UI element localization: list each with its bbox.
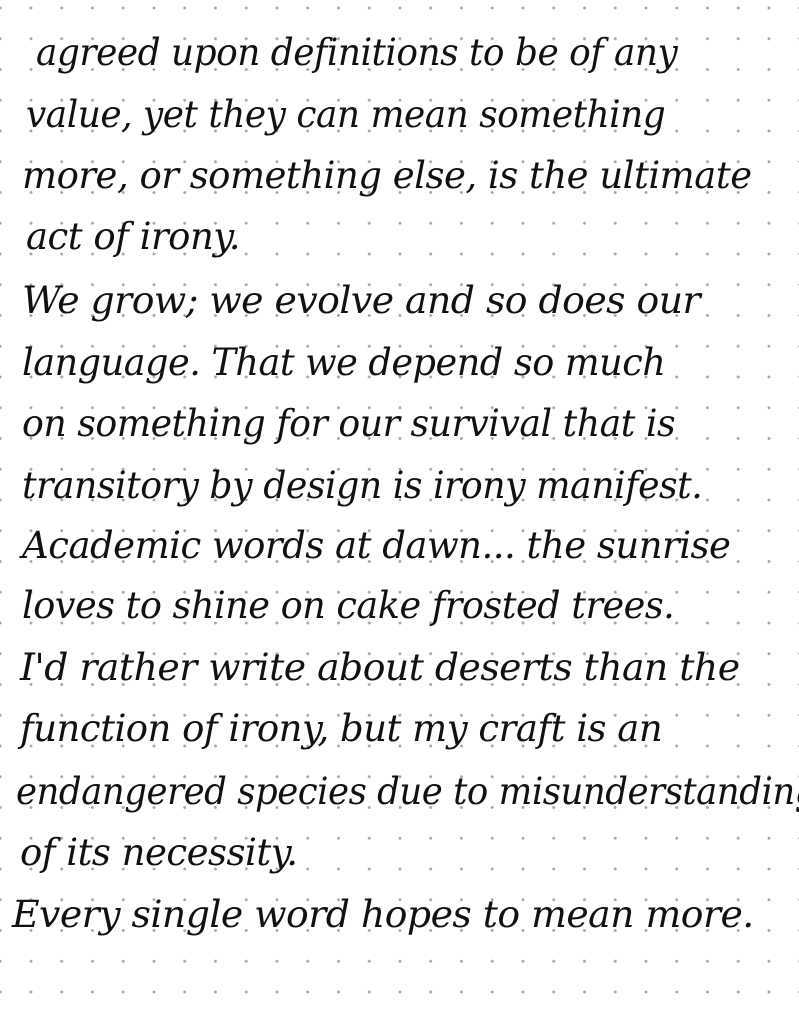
text-line: I'd rather write about deserts than the bbox=[20, 649, 740, 686]
handwritten-text-block: agreed upon definitions to be of any val… bbox=[0, 0, 799, 1014]
text-line: language. That we depend so much bbox=[22, 344, 665, 381]
text-line: transitory by design is irony manifest. bbox=[22, 467, 702, 504]
text-line: function of irony, but my craft is an bbox=[20, 710, 662, 747]
text-line: Academic words at dawn... the sunrise bbox=[22, 527, 730, 564]
text-line: value, yet they can mean something bbox=[26, 96, 665, 133]
text-line: loves to shine on cake frosted trees. bbox=[22, 587, 674, 624]
text-line: Every single word hopes to mean more. bbox=[12, 896, 754, 933]
text-line: We grow; we evolve and so does our bbox=[22, 282, 700, 319]
text-line: agreed upon definitions to be of any bbox=[36, 34, 677, 71]
text-line: endangered species due to misunderstandi… bbox=[16, 773, 799, 810]
text-line: more, or something else, is the ultimate bbox=[22, 157, 752, 194]
dot-grid-paper: agreed upon definitions to be of any val… bbox=[0, 0, 799, 1014]
text-line: on something for our survival that is bbox=[22, 405, 675, 442]
text-line: of its necessity. bbox=[20, 834, 297, 871]
text-line: act of irony. bbox=[26, 218, 240, 255]
